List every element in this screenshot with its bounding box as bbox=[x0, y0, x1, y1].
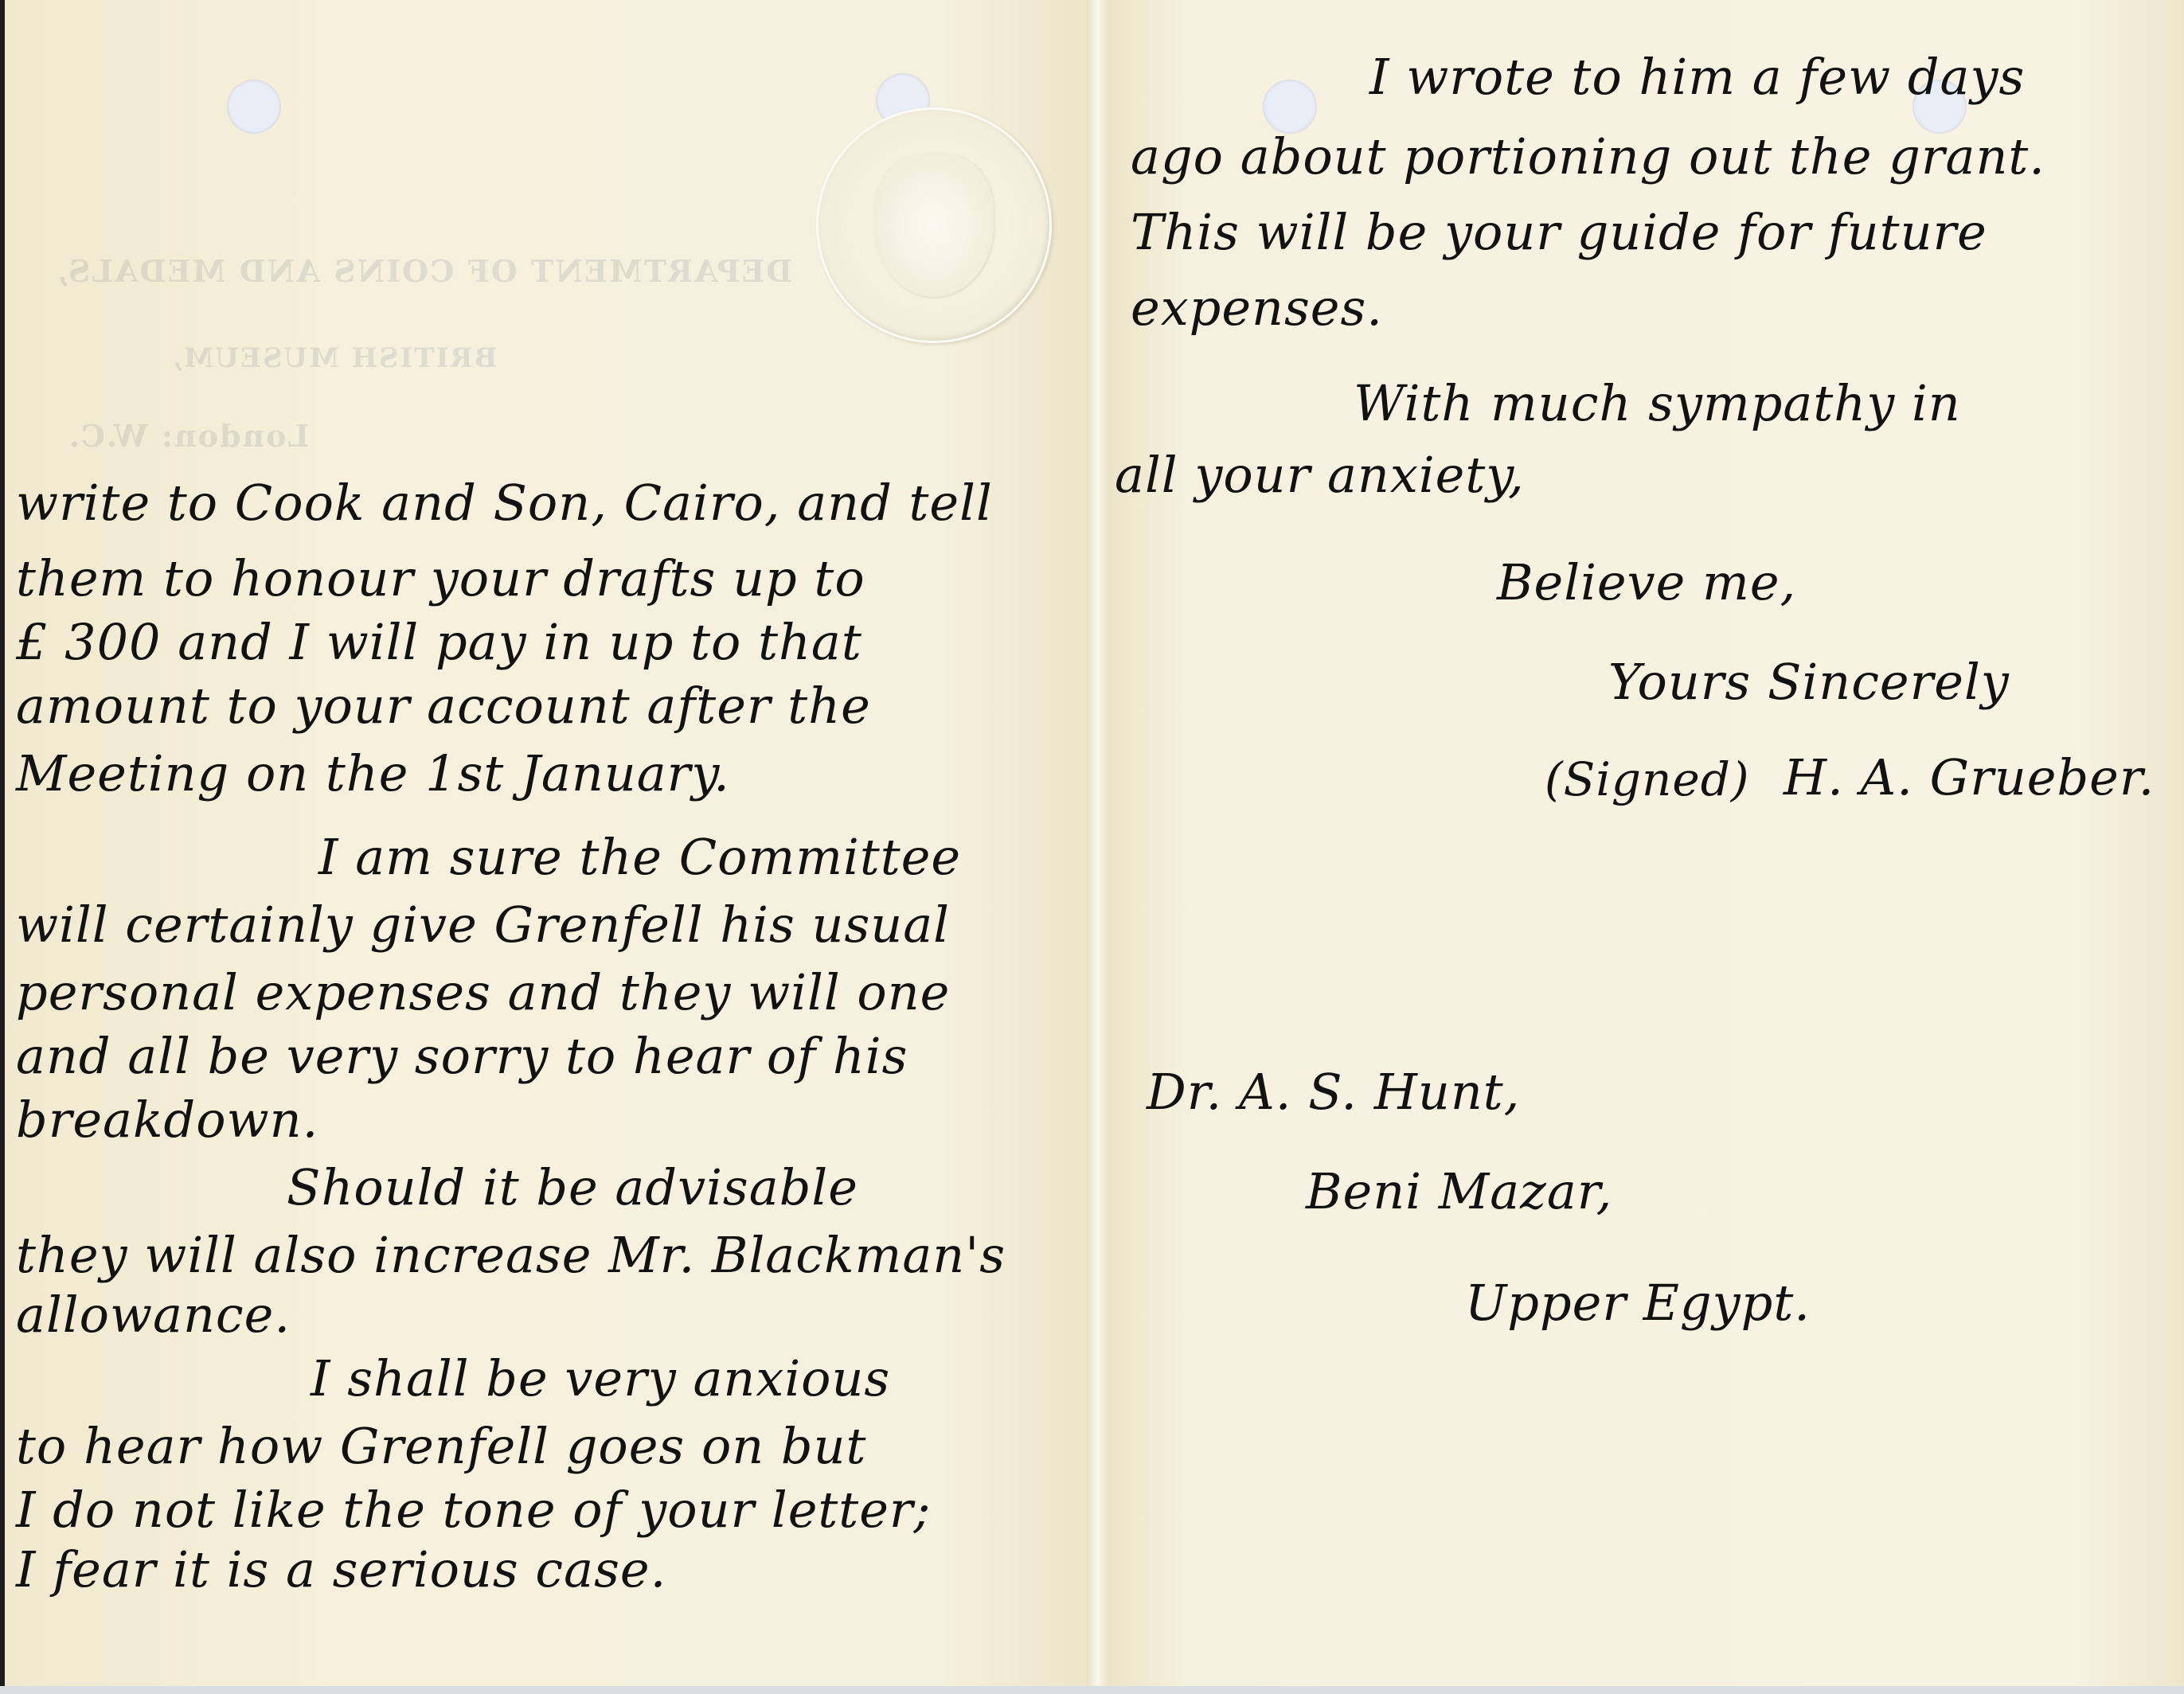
letter-line: write to Cook and Son, Cairo, and tell bbox=[16, 474, 993, 532]
signature: H. A. Grueber. bbox=[1784, 748, 2155, 806]
letterhead-institution: BRITISH MUSEUM, bbox=[171, 342, 498, 374]
letter-line: I wrote to him a few days bbox=[1369, 48, 2025, 106]
letter-line: personal expenses and they will one bbox=[16, 963, 950, 1021]
addressee-name: Dr. A. S. Hunt, bbox=[1147, 1063, 1520, 1121]
letter-line: This will be your guide for future bbox=[1131, 203, 1987, 261]
letter-line: to hear how Grenfell goes on but bbox=[16, 1417, 866, 1475]
letter-line: Should it be advisable bbox=[287, 1158, 858, 1216]
signed-label: (Signed) bbox=[1545, 752, 1749, 806]
letterhead-address: London: W.C. bbox=[68, 418, 309, 454]
addressee-region: Upper Egypt. bbox=[1465, 1274, 1811, 1332]
letterhead-department: DEPARTMENT OF COINS AND MEDALS, bbox=[56, 253, 792, 289]
letter-line: and all be very sorry to hear of his bbox=[16, 1027, 908, 1085]
letter-line: all your anxiety, bbox=[1115, 446, 1525, 504]
letter-line: will certainly give Grenfell his usual bbox=[16, 896, 950, 954]
letter-line: amount to your account after the bbox=[16, 677, 871, 735]
letter-line: ago about portioning out the grant. bbox=[1131, 127, 2045, 185]
letter-line: I shall be very anxious bbox=[311, 1349, 890, 1407]
page-fold bbox=[1087, 0, 1111, 1694]
scan-edge bbox=[0, 1686, 2184, 1694]
letter-line: I am sure the Committee bbox=[318, 828, 961, 886]
punch-hole bbox=[227, 80, 281, 134]
letter-line: Meeting on the 1st January. bbox=[16, 744, 730, 802]
embossed-coat-of-arms-seal-icon bbox=[816, 107, 1052, 343]
valediction-yours-sincerely: Yours Sincerely bbox=[1608, 653, 2010, 711]
addressee-place: Beni Mazar, bbox=[1306, 1162, 1612, 1220]
letter-line: they will also increase Mr. Blackman's bbox=[16, 1226, 1006, 1284]
letter-line: them to honour your drafts up to bbox=[16, 549, 865, 607]
letter-line: I do not like the tone of your letter; bbox=[16, 1481, 931, 1539]
crest-icon bbox=[874, 154, 994, 297]
letter-line: With much sympathy in bbox=[1354, 374, 1961, 432]
letter-line: £ 300 and I will pay in up to that bbox=[16, 613, 862, 671]
letter-line: breakdown. bbox=[16, 1091, 318, 1149]
punch-hole bbox=[1263, 80, 1317, 134]
valediction-believe-me: Believe me, bbox=[1497, 553, 1796, 611]
letter-line: allowance. bbox=[16, 1286, 291, 1344]
letter-line: expenses. bbox=[1131, 279, 1383, 337]
letter-line: I fear it is a serious case. bbox=[16, 1540, 666, 1598]
